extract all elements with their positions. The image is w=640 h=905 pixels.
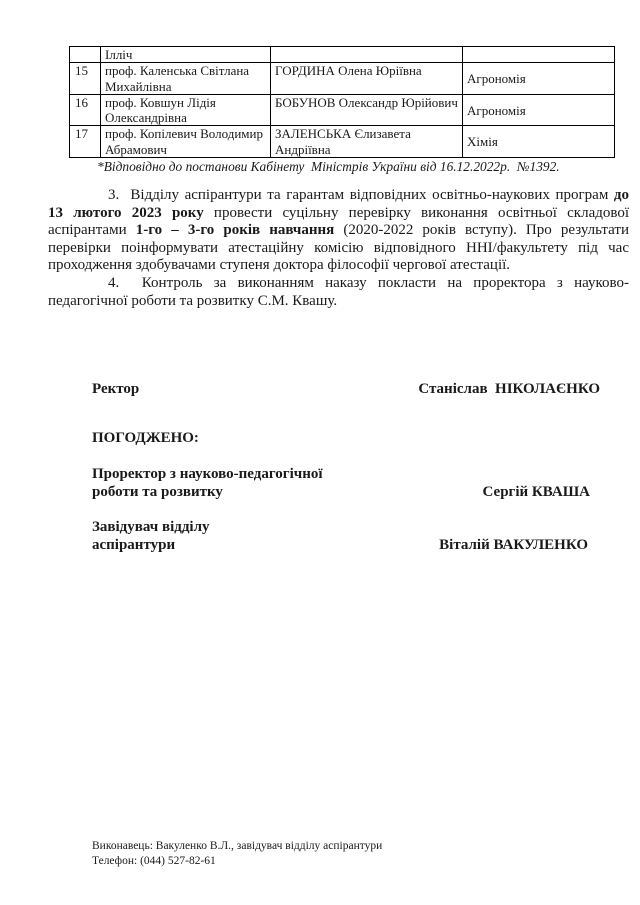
cell-supervisor: проф. Ковшун Лідія Олександрівна xyxy=(101,94,271,126)
head-dept-name: Віталій ВАКУЛЕНКО xyxy=(439,537,588,555)
executor-footer: Виконавець: Вакуленко В.Л., завідувач ві… xyxy=(92,839,382,870)
paragraph-3: 3. Відділу аспірантури та гарантам відпо… xyxy=(48,187,629,275)
head-dept-signature-block: Завідувач відділу аспірантури Віталій ВА… xyxy=(92,519,588,554)
rector-title: Ректор xyxy=(92,381,139,399)
phone-line: Телефон: (044) 527-82-61 xyxy=(92,854,382,869)
cell-row-number: 15 xyxy=(70,63,101,95)
cell-row-number: 17 xyxy=(70,126,101,158)
paragraph-3-lead: 3. Відділу аспірантури та гарантам відпо… xyxy=(108,187,614,203)
table-row: Ілліч xyxy=(70,47,615,63)
head-dept-signature-row: аспірантури Віталій ВАКУЛЕНКО xyxy=(92,537,588,555)
vice-rector-title-line2: роботи та розвитку xyxy=(92,484,223,502)
cell-specialty: Хімія xyxy=(463,126,615,158)
postgraduate-table: Ілліч 15 проф. Каленська Світлана Михайл… xyxy=(69,46,615,158)
head-dept-title-line2: аспірантури xyxy=(92,537,175,555)
table-row: 16 проф. Ковшун Лідія Олександрівна БОБУ… xyxy=(70,94,615,126)
cell-supervisor: проф. Копілевич Володимир Абрамович xyxy=(101,126,271,158)
paragraph-4: 4. Контроль за виконанням наказу покласт… xyxy=(48,275,629,310)
cell-specialty: Агрономія xyxy=(463,63,615,95)
agreed-heading: ПОГОДЖЕНО: xyxy=(92,430,199,447)
table-row: 17 проф. Копілевич Володимир Абрамович З… xyxy=(70,126,615,158)
cell-student: ГОРДИНА Олена Юріївна xyxy=(271,63,463,95)
table-footnote: *Відповідно до постанови Кабінету Мініст… xyxy=(97,159,597,175)
table-row: 15 проф. Каленська Світлана Михайлівна Г… xyxy=(70,63,615,95)
vice-rector-signature-block: Проректор з науково-педагогічної роботи … xyxy=(92,466,590,501)
order-body: 3. Відділу аспірантури та гарантам відпо… xyxy=(48,187,629,310)
cell-student: ЗАЛЕНСЬКА Єлизавета Андріївна xyxy=(271,126,463,158)
cell-specialty xyxy=(463,47,615,63)
paragraph-4-text: 4. Контроль за виконанням наказу покласт… xyxy=(48,275,629,309)
head-dept-title-line1: Завідувач відділу xyxy=(92,519,588,537)
vice-rector-title-line1: Проректор з науково-педагогічної xyxy=(92,466,590,484)
rector-signature-row: Ректор Станіслав НІКОЛАЄНКО xyxy=(92,381,600,399)
cell-row-number xyxy=(70,47,101,63)
cell-student xyxy=(271,47,463,63)
cell-specialty: Агрономія xyxy=(463,94,615,126)
cell-student: БОБУНОВ Олександр Юрійович xyxy=(271,94,463,126)
vice-rector-signature-row: роботи та розвитку Сергій КВАША xyxy=(92,484,590,502)
cell-supervisor: проф. Каленська Світлана Михайлівна xyxy=(101,63,271,95)
document-page: Ілліч 15 проф. Каленська Світлана Михайл… xyxy=(0,0,640,905)
cell-supervisor: Ілліч xyxy=(101,47,271,63)
executor-line: Виконавець: Вакуленко В.Л., завідувач ві… xyxy=(92,839,382,854)
cell-row-number: 16 xyxy=(70,94,101,126)
vice-rector-name: Сергій КВАША xyxy=(483,484,590,502)
rector-name: Станіслав НІКОЛАЄНКО xyxy=(418,381,600,399)
paragraph-3-years: 1-го – 3-го років навчання xyxy=(136,222,335,238)
